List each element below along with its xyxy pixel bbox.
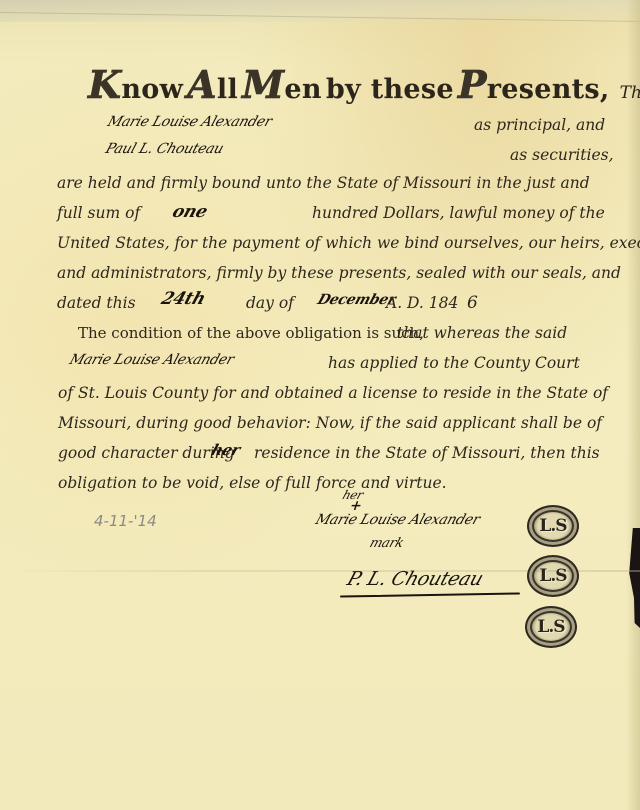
signature-mark-label: mark [368,536,406,551]
amount-handwritten: one [170,202,210,222]
principal-name-handwritten: Marie Louise Alexander [105,114,273,130]
day-handwritten: 24th [159,289,208,309]
surety-name-handwritten: Paul L. Chouteau [103,141,225,157]
body-line-2b: hundred Dollars, lawful money of the [312,204,605,222]
body-line-2a: full sum of [57,204,140,222]
body-line-4: and administrators, firmly by these pres… [57,264,621,282]
year-handwritten-digit: 6 [467,293,478,313]
year-printed: A. D. 184 [386,294,458,312]
seal-ls-1: L.S [527,505,579,547]
signature-2-underline [340,592,520,597]
condition-line-6: obligation to be void, else of full forc… [58,474,447,492]
signature-2-name: P. L. Chouteau [344,568,486,590]
body-line-3: United States, for the payment of which … [57,234,640,252]
body-line-5b: day of [246,294,294,312]
header-word-know: Know [88,62,183,107]
pronoun-handwritten: her [209,441,242,459]
condition-line-2: has applied to the County Court [328,354,580,372]
header-that-we: That We, [620,83,640,103]
seal-ls-2: L.S [527,555,579,597]
document-header: Know All Men by these Presents, That We, [88,62,628,107]
body-line-1: are held and firmly bound unto the State… [57,174,590,192]
right-edge-shadow [626,0,640,810]
applicant-name-handwritten: Marie Louise Alexander [67,352,235,368]
header-word-men: Men [242,62,322,107]
document-page: Know All Men by these Presents, That We,… [0,0,640,810]
condition-lead-tail: that whereas the said [397,324,567,342]
header-word-presents: Presents, [458,62,610,107]
principal-label: as principal, and [474,116,605,134]
condition-line-5a: good character during [58,444,235,462]
condition-line-3: of St. Louis County for and obtained a l… [58,384,608,402]
seal-ls-3: L.S [525,606,577,648]
header-word-all: All [187,62,238,107]
body-line-5a: dated this [57,294,136,312]
condition-line-5b: residence in the State of Missouri, then… [254,444,600,462]
condition-line-4: Missouri, during good behavior: Now, if … [58,414,602,432]
header-word-by-these: by these [326,74,454,105]
signature-1-name: Marie Louise Alexander [313,512,481,528]
pencil-archival-note: 4-11-'14 [94,512,157,530]
surety-label: as securities, [510,146,614,164]
condition-lead: The condition of the above obligation is… [78,324,424,342]
